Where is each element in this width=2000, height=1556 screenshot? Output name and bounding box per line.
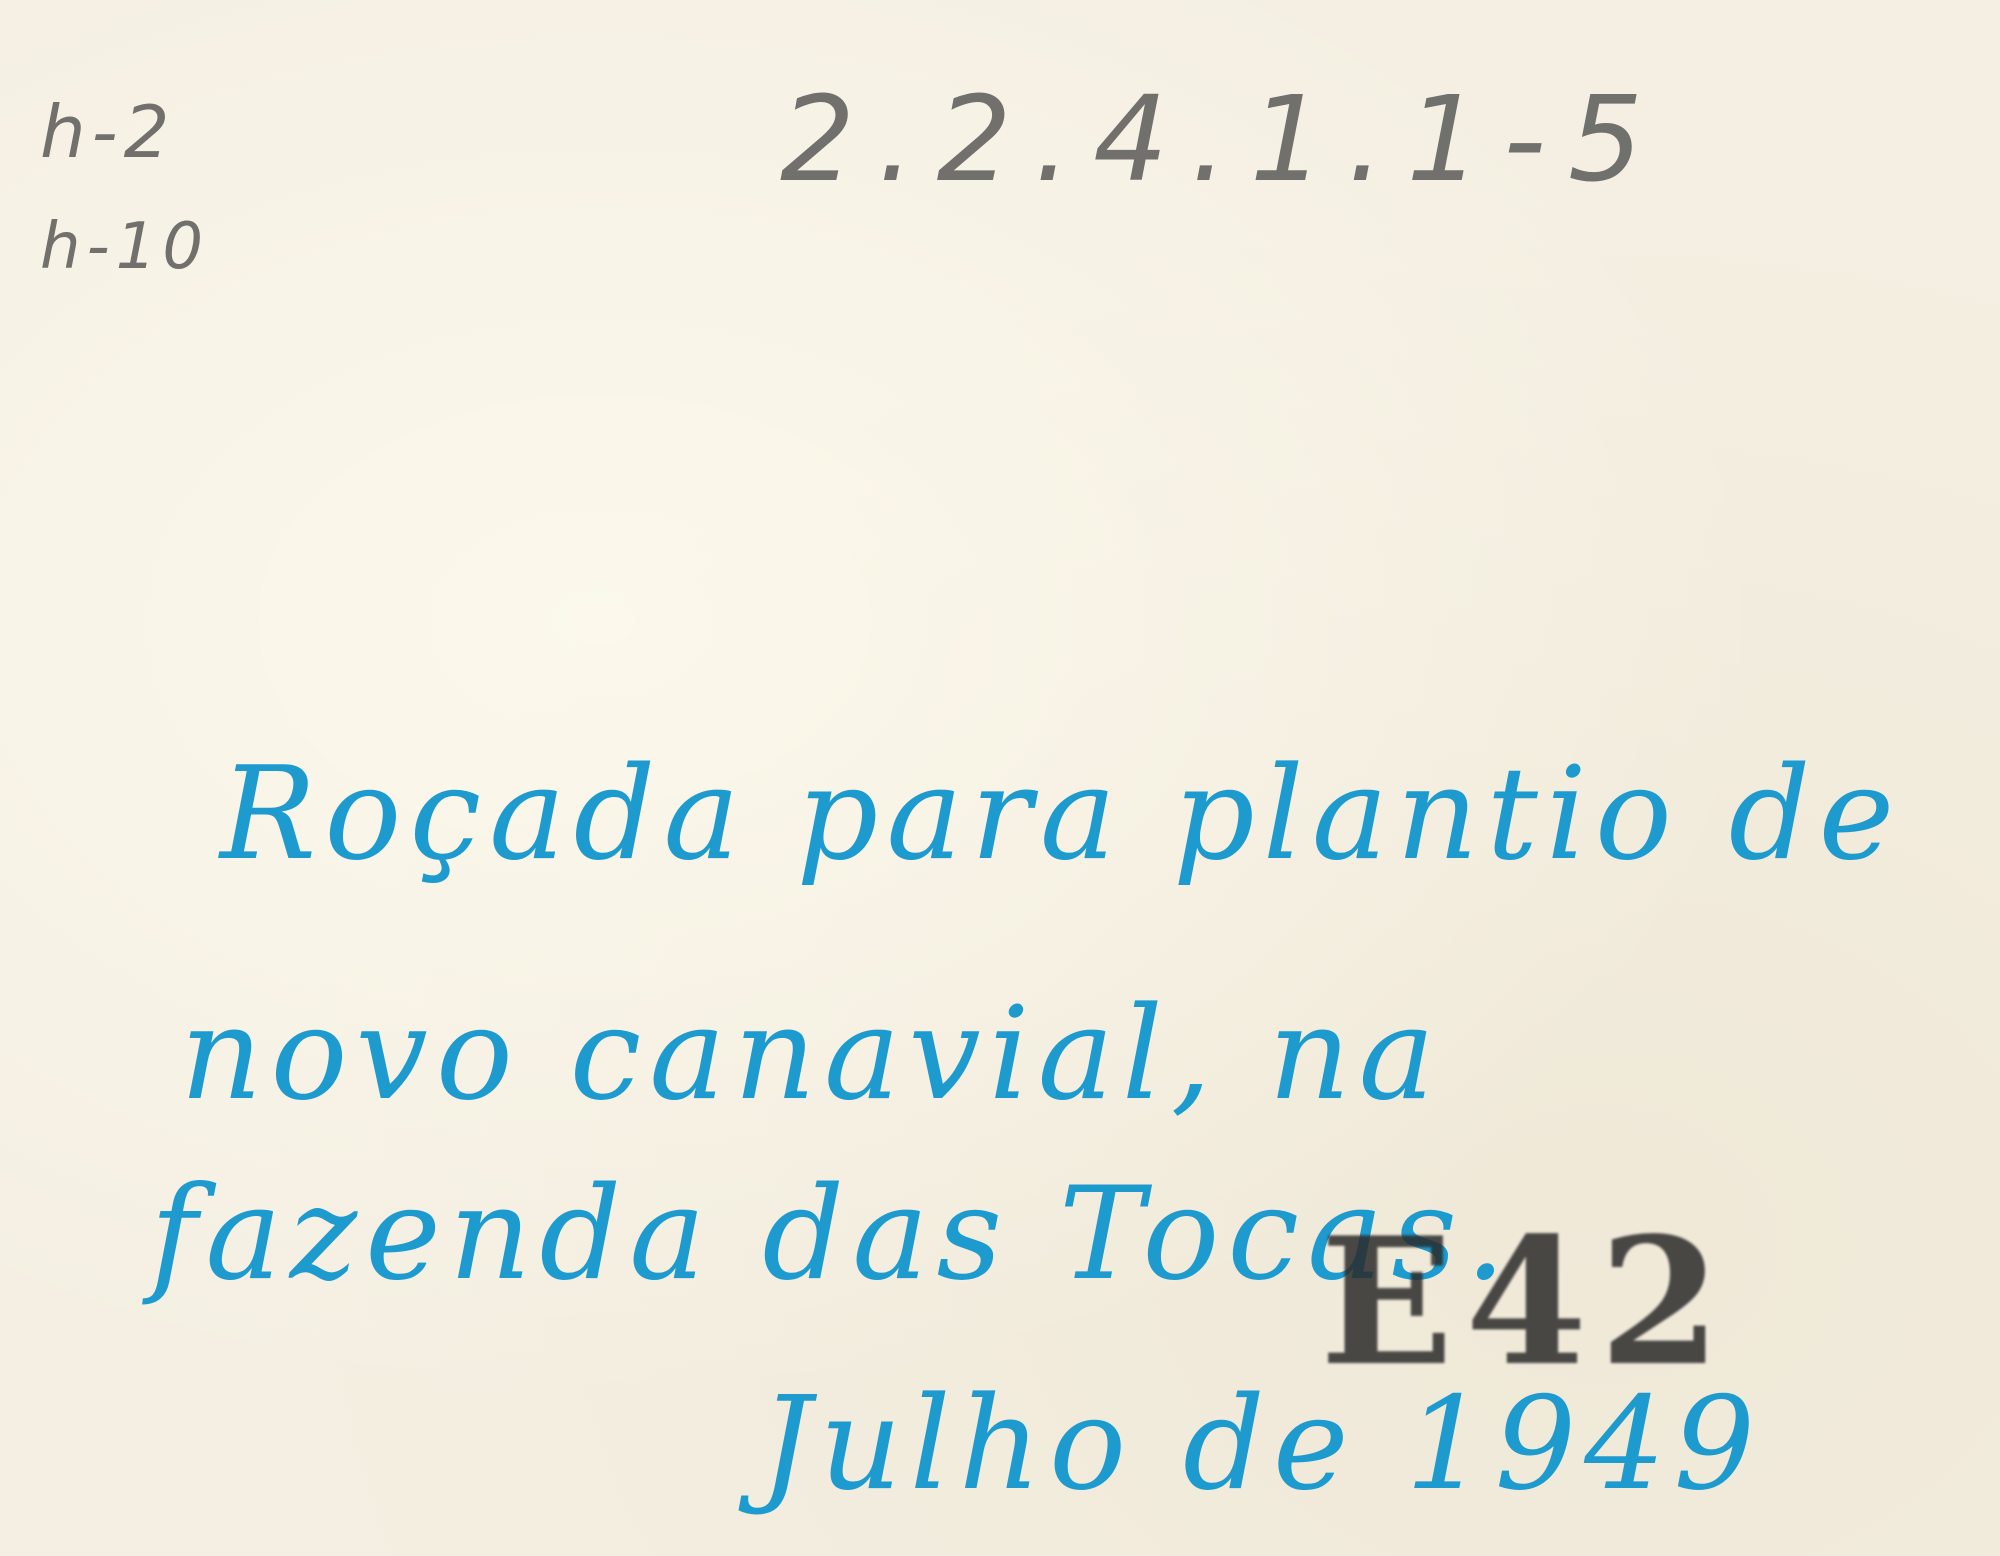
caption-line-3: fazenda das Tocas. bbox=[150, 1160, 1514, 1309]
pencil-note-h2: h-2 bbox=[40, 90, 175, 174]
catalog-number: 2.2.4.1.1-5 bbox=[780, 70, 1665, 208]
caption-line-2: novo canavial, na bbox=[180, 980, 1443, 1129]
pencil-note-h10: h-10 bbox=[40, 210, 209, 284]
caption-line-1: Roçada para plantio de bbox=[220, 740, 1902, 889]
archive-stamp: E42 bbox=[1320, 1200, 1733, 1405]
